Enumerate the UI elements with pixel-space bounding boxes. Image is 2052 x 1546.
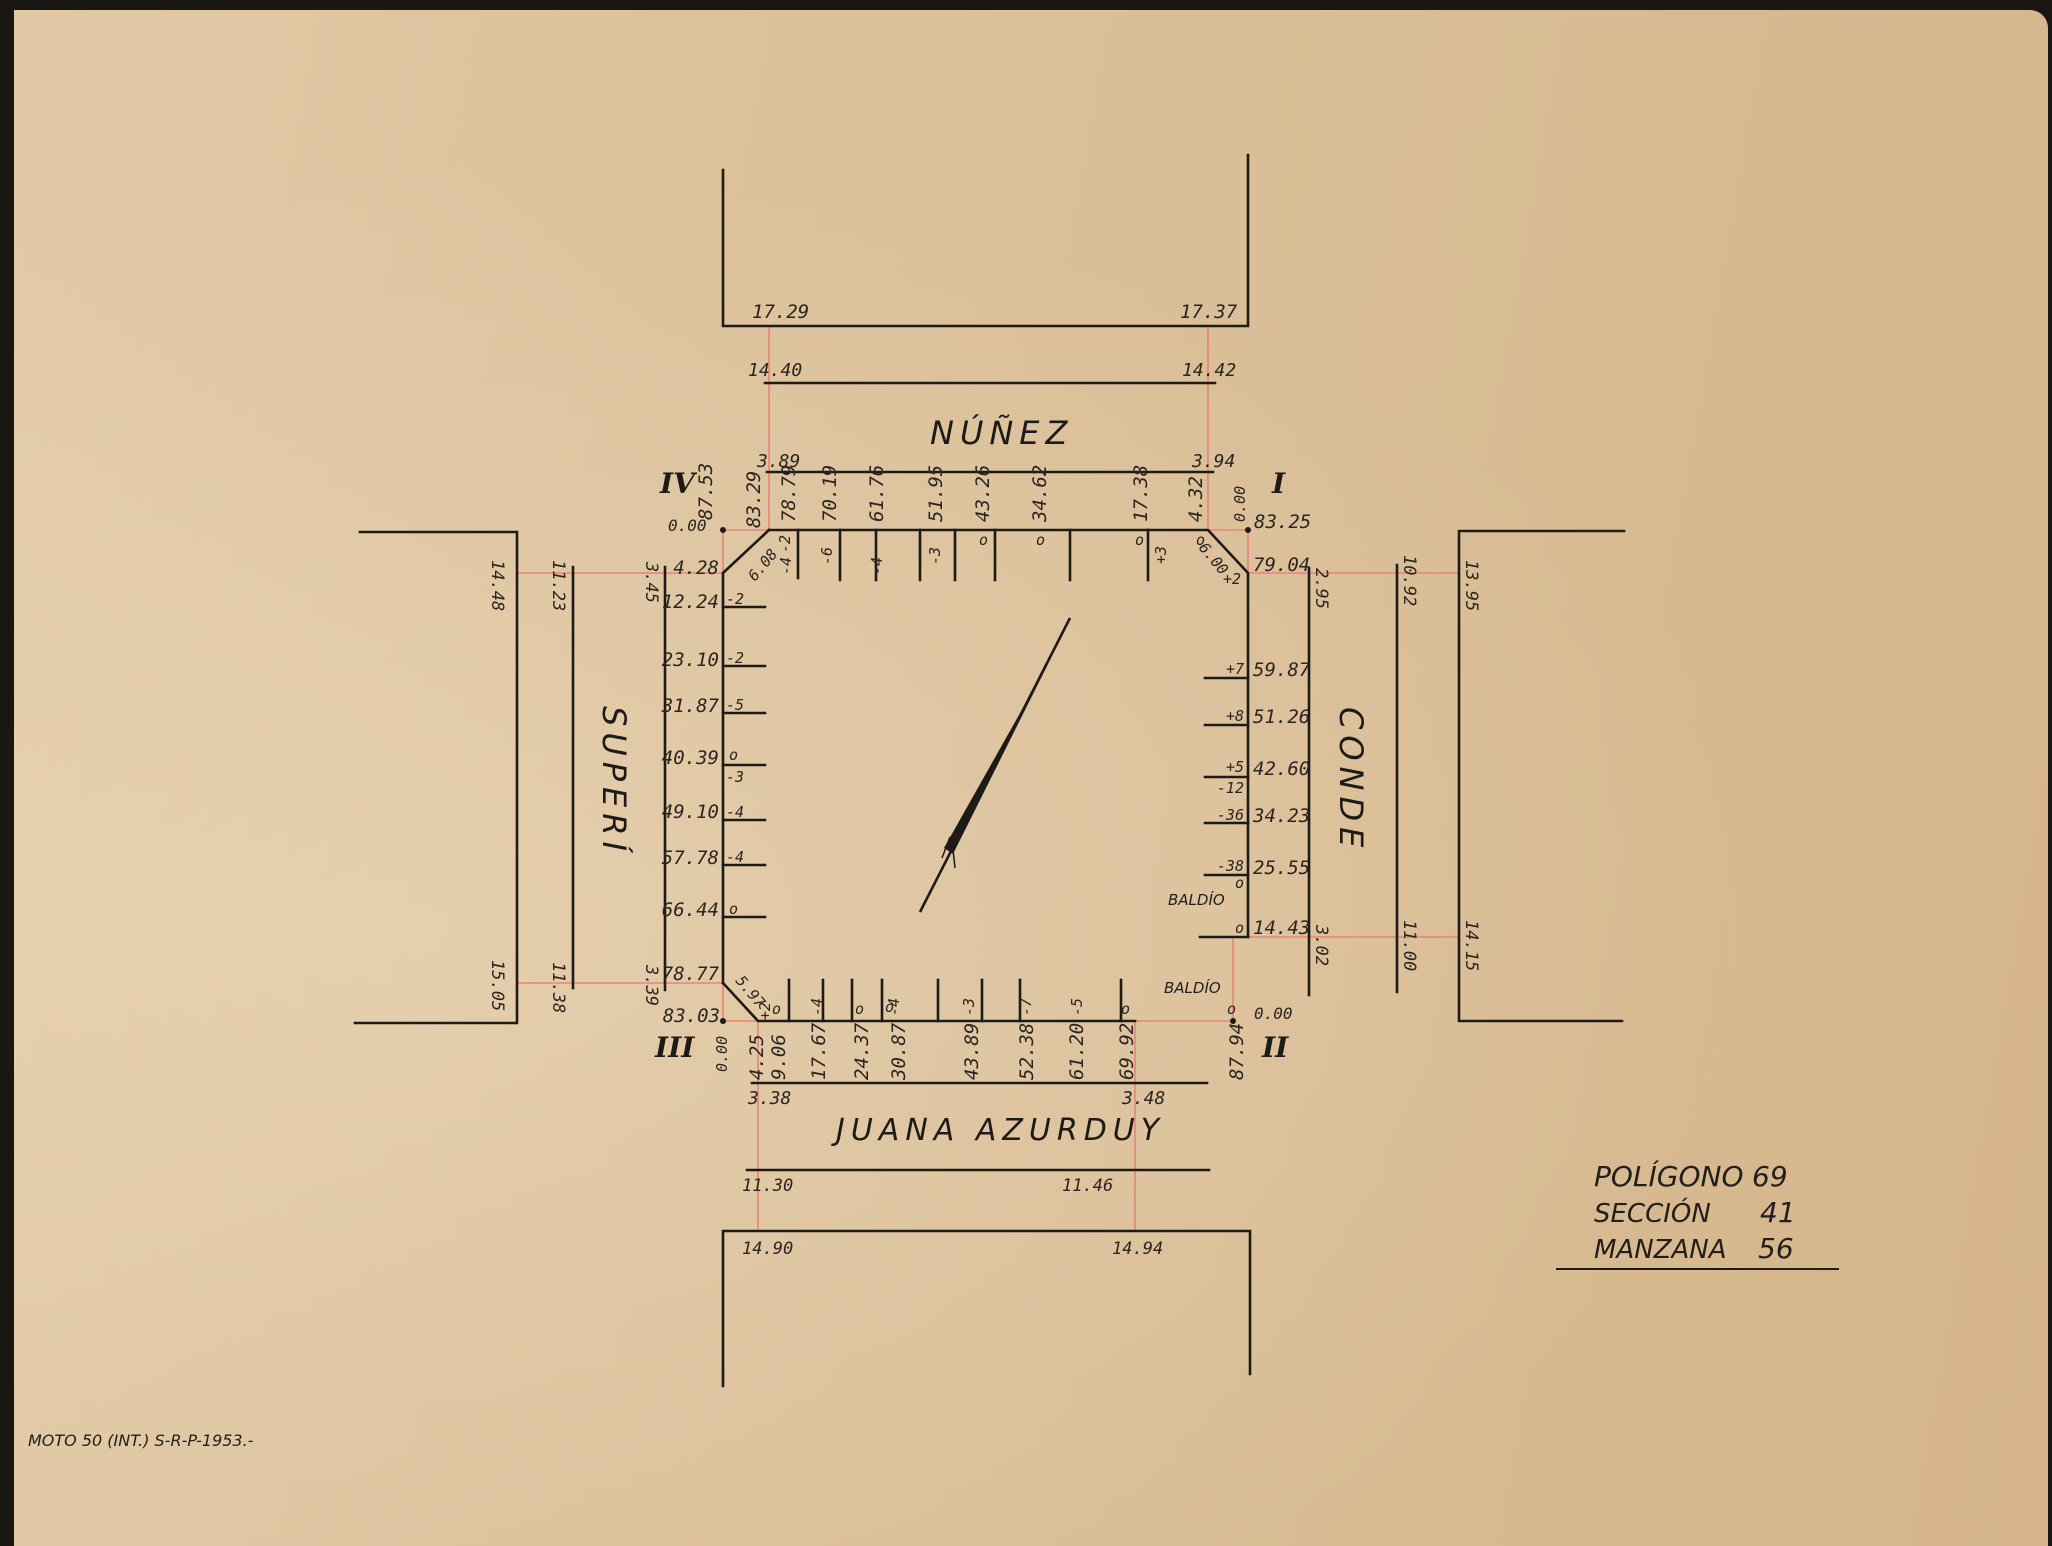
south-lot-dist: 17.67 <box>808 1022 830 1080</box>
west-curb-bottom: 11.38 <box>548 962 568 1013</box>
svg-text:+7: +7 <box>1226 660 1244 678</box>
east-side-dimensions: 79.04 59.87 51.26 42.60 34.23 25.55 14.4… <box>1252 554 1311 1023</box>
south-lot-dist: 24.37 <box>851 1022 873 1080</box>
east-start: 79.04 <box>1253 554 1310 576</box>
east-sidewalk-top: 2.95 <box>1311 568 1331 609</box>
corner-iii-zero: 0.00 <box>713 1036 731 1072</box>
north-lot-dist: 70.19 <box>819 465 841 522</box>
svg-text:-12: -12 <box>1217 779 1244 797</box>
legend-poligono-label: POLÍGONO <box>1594 1159 1744 1193</box>
north-lot-dist: 34.62 <box>1029 465 1051 523</box>
west-end: 78.77 <box>662 963 720 985</box>
north-arrow-icon <box>920 618 1070 912</box>
north-sidewalk-right: 3.94 <box>1191 451 1235 472</box>
west-lot-dist: 12.24 <box>662 591 719 613</box>
east-sidewalk-bottom: 3.02 <box>1311 924 1331 966</box>
south-sidewalk-left: 3.38 <box>747 1088 791 1109</box>
north-lot-dist: 17.38 <box>1130 465 1152 522</box>
south-side-offsets: o -4 o o -4 -3 -7 -5 o o <box>772 998 1236 1018</box>
east-curb-top: 10.92 <box>1399 555 1419 606</box>
west-side-dimensions: 4.28 12.24 23.10 31.87 40.39 49.10 57.78… <box>661 557 720 1027</box>
svg-text:o: o <box>1227 1000 1236 1018</box>
corner-ii-total: 87.94 <box>1226 1023 1248 1080</box>
south-curb-left: 11.30 <box>742 1176 793 1196</box>
east-end: 14.43 <box>1253 917 1310 939</box>
svg-text:+5: +5 <box>1226 758 1244 776</box>
south-side-dimensions: 0.00 4.25 9.06 17.67 24.37 30.87 43.89 5… <box>713 1022 1248 1081</box>
corner-label-i: I <box>1271 467 1286 500</box>
street-name-west: SUPERÍ <box>595 706 633 857</box>
svg-text:-38: -38 <box>1217 857 1244 875</box>
south-lot-dist: 43.89 <box>961 1023 983 1080</box>
svg-text:o: o <box>729 746 738 764</box>
chamfer-i-offset: +2 <box>1223 570 1241 588</box>
svg-text:-2: -2 <box>726 590 744 608</box>
chamfer-iv-offset: -2 <box>776 535 794 553</box>
west-curb-top: 11.23 <box>548 560 568 611</box>
south-lot-dist: 9.06 <box>768 1034 790 1080</box>
west-lot-dist: 31.87 <box>661 695 720 717</box>
baldio-label-1: BALDÍO <box>1168 890 1225 909</box>
west-lot-dist: 23.10 <box>662 649 719 671</box>
east-lot-dist: 59.87 <box>1253 659 1311 681</box>
south-lot-dist: 69.92 <box>1116 1023 1138 1080</box>
north-chamfer-start: 83.29 <box>743 471 765 528</box>
corner-i-end: 83.25 <box>1254 511 1311 533</box>
north-lot-offset: -4 <box>777 557 795 575</box>
north-lot-dist: 51.95 <box>925 465 947 522</box>
east-lot-dist: 34.23 <box>1252 805 1310 827</box>
svg-text:o: o <box>1235 874 1244 892</box>
south-chamfer-end: 4.25 <box>746 1034 768 1080</box>
east-lot-dist: 51.26 <box>1253 706 1310 728</box>
survey-plan: 17.29 17.37 14.40 14.42 NÚÑEZ 3.89 3.94 … <box>0 0 2052 1546</box>
west-lot-dist: 66.44 <box>662 899 719 921</box>
north-lot-offset-plus3: +3 <box>1152 546 1170 564</box>
north-corner-i-zero: 0.00 <box>1231 486 1249 522</box>
svg-text:o: o <box>1121 1000 1130 1018</box>
north-lot-dist: 43.26 <box>972 465 994 522</box>
street-name-east: CONDE <box>1332 707 1370 853</box>
south-outer-right: 14.94 <box>1112 1239 1163 1259</box>
south-lot-dist: 52.38 <box>1016 1023 1038 1080</box>
svg-text:-2: -2 <box>726 649 744 667</box>
north-lot-offset-zero: o <box>1135 531 1144 549</box>
north-lot-offset-zero: o <box>1036 531 1045 549</box>
east-outer-bottom: 14.15 <box>1461 920 1481 971</box>
east-lot-dist: 25.55 <box>1253 857 1310 879</box>
west-outer-top: 14.48 <box>487 560 507 611</box>
svg-text:-7: -7 <box>1017 998 1035 1016</box>
legend-manzana-value: 56 <box>1758 1232 1794 1265</box>
svg-text:o: o <box>729 900 738 918</box>
legend-poligono-value: 69 <box>1752 1160 1788 1193</box>
svg-text:o: o <box>772 1000 781 1018</box>
west-side-offsets: -2 -2 -5 o -3 -4 -4 o 5.97 +2 <box>726 590 774 1020</box>
legend-block: POLÍGONO 69 SECCIÓN 41 MANZANA 56 <box>1594 1159 1796 1265</box>
svg-text:-5: -5 <box>726 696 744 714</box>
west-lot-dist: 40.39 <box>662 747 719 769</box>
north-lot-offset: -3 <box>926 547 944 565</box>
street-name-south: JUANA AZURDUY <box>831 1113 1165 1148</box>
svg-text:o: o <box>855 1000 864 1018</box>
corner-label-iii: III <box>654 1031 695 1064</box>
north-lot-offset-zero: o <box>979 531 988 549</box>
north-lot-dist: 61.76 <box>866 465 888 522</box>
north-outer-right: 17.37 <box>1180 301 1238 323</box>
corner-iv-zero: 0.00 <box>668 516 707 535</box>
south-sidewalk-right: 3.48 <box>1121 1088 1165 1109</box>
corner-label-ii: II <box>1261 1031 1289 1064</box>
north-lot-dist: 4.32 <box>1185 476 1207 522</box>
svg-text:-4: -4 <box>885 998 903 1016</box>
east-lot-dist: 42.60 <box>1253 758 1310 780</box>
legend-manzana-label: MANZANA <box>1594 1235 1727 1265</box>
south-lot-dist: 61.20 <box>1066 1023 1088 1080</box>
north-outer-left: 17.29 <box>752 301 809 323</box>
west-outer-bottom: 15.05 <box>487 960 507 1011</box>
svg-text:-4: -4 <box>726 848 744 866</box>
footer-note: MOTO 50 (INT.) S-R-P-1953.- <box>28 1431 254 1450</box>
west-sidewalk-top: 3.45 <box>641 561 661 603</box>
north-curb-left: 14.40 <box>748 360 802 381</box>
svg-text:-4: -4 <box>726 803 744 821</box>
svg-text:+8: +8 <box>1226 707 1244 725</box>
svg-text:-3: -3 <box>726 768 744 786</box>
east-outer-top: 13.95 <box>1461 560 1481 611</box>
legend-seccion-value: 41 <box>1760 1196 1796 1229</box>
svg-text:-5: -5 <box>1068 998 1086 1016</box>
svg-text:-3: -3 <box>960 998 978 1016</box>
west-lot-dist: 57.78 <box>662 847 719 869</box>
baldio-label-2: BALDÍO <box>1164 978 1221 997</box>
south-lot-dist: 30.87 <box>888 1022 910 1081</box>
corner-label-iv: IV <box>659 467 698 500</box>
svg-text:-36: -36 <box>1217 806 1244 824</box>
street-name-north: NÚÑEZ <box>930 413 1073 452</box>
south-curb-right: 11.46 <box>1062 1176 1113 1196</box>
north-lot-offset: -6 <box>818 547 836 565</box>
east-curb-bottom: 11.00 <box>1399 920 1419 971</box>
north-lot-offset: -4 <box>868 557 886 575</box>
west-start: 4.28 <box>673 557 719 579</box>
corner-iii-total: 83.03 <box>663 1005 720 1027</box>
north-total: 87.53 <box>695 463 717 520</box>
south-outer-left: 14.90 <box>742 1239 793 1259</box>
north-curb-right: 14.42 <box>1182 360 1236 381</box>
west-lot-dist: 49.10 <box>662 801 719 823</box>
svg-text:o: o <box>1235 919 1244 937</box>
west-sidewalk-bottom: 3.39 <box>641 964 661 1006</box>
corner-ii-zero: 0.00 <box>1254 1004 1293 1023</box>
north-side-offsets: -4 -6 -4 -3 o o o +3 o 6.00 +2 6.08 -2 <box>744 531 1241 588</box>
svg-text:-4: -4 <box>808 998 826 1016</box>
legend-seccion-label: SECCIÓN <box>1594 1197 1711 1229</box>
north-lot-dist: 78.79 <box>778 465 800 522</box>
